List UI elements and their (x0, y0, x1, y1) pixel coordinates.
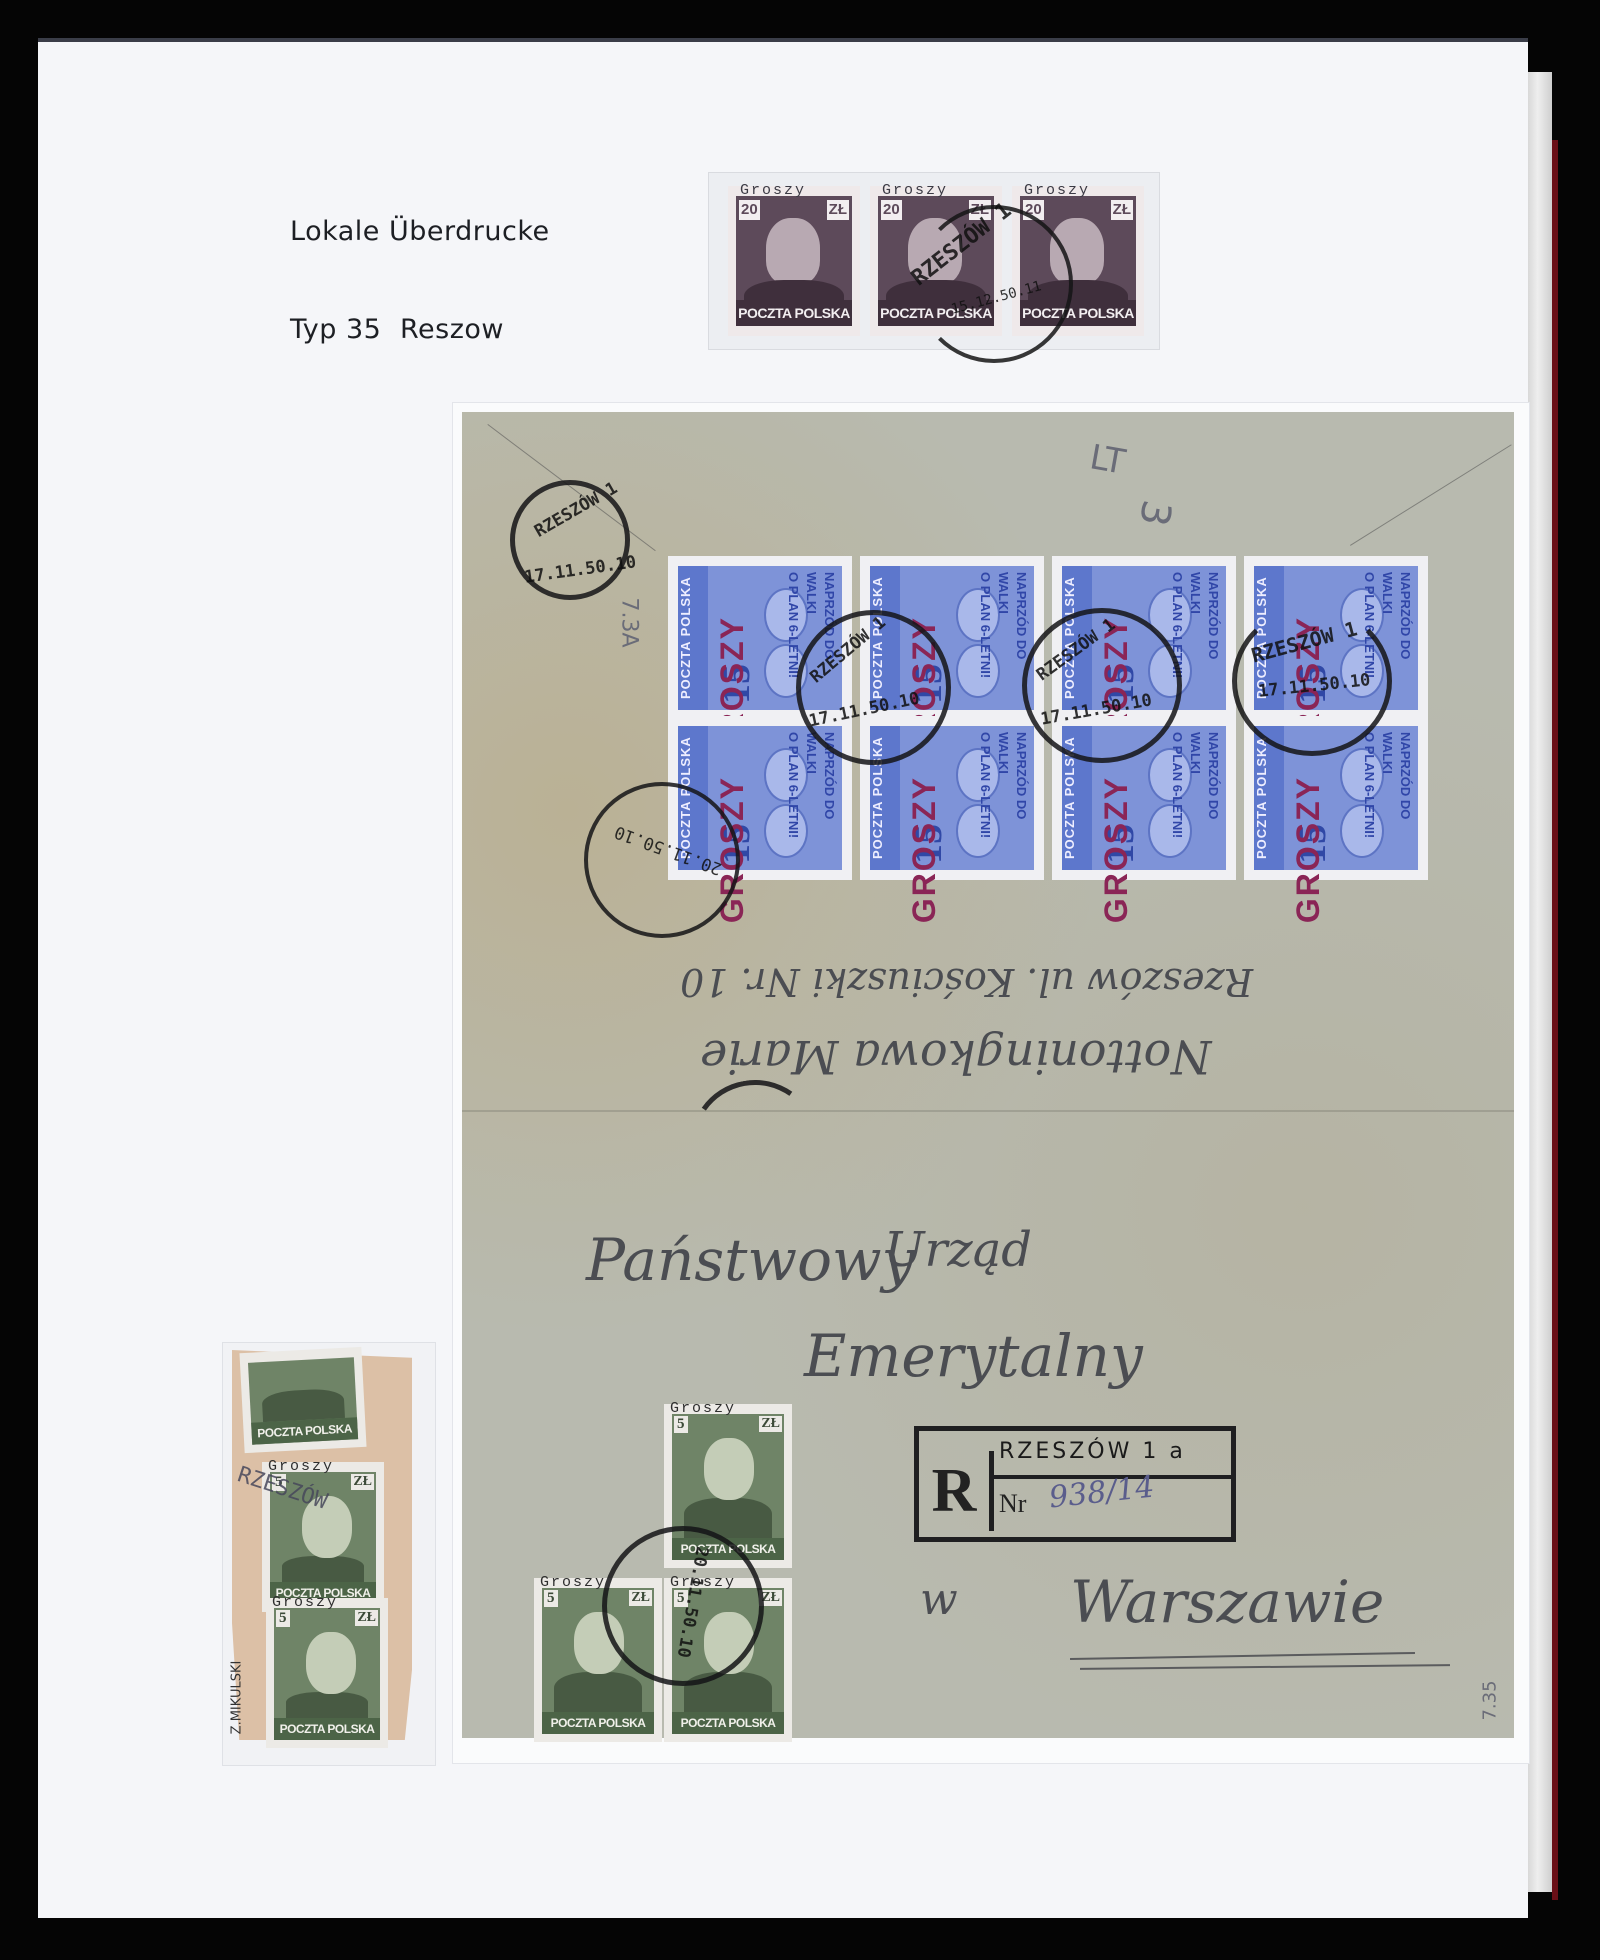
overprint: GROSZY (906, 776, 943, 923)
stamp-country: POCZTA POLSKA (251, 1417, 358, 1445)
registration-label: R RZESZÓW 1 a Nr 938/14 (914, 1426, 1236, 1542)
stamp-country: POCZTA POLSKA (736, 300, 852, 326)
stamp-20zl: 20ZŁPOCZTA POLSKAGroszy (728, 186, 860, 336)
portrait (306, 1632, 356, 1694)
page-heading: Lokale Überdrucke (290, 216, 550, 247)
overprint: Groszy (882, 182, 948, 199)
stamp-country: POCZTA POLSKA (678, 566, 708, 710)
slogan-line-2: O PLAN 6-LETNI! (1362, 732, 1377, 838)
sender-line-1: Nottoningkowa Marie (700, 1030, 1211, 1084)
place-label: Reszow (400, 314, 504, 345)
address-line-3: Emerytalny (804, 1322, 1143, 1390)
cover-fold (462, 1110, 1514, 1112)
stamp-slogan: NAPRZÓD DO WALKIO PLAN 6-LETNI! (986, 572, 1030, 680)
slogan-line-2: O PLAN 6-LETNI! (1170, 732, 1185, 838)
stamp-value: 5 (544, 1590, 558, 1607)
portrait-body (262, 1388, 345, 1422)
stamp-value: 20 (881, 200, 902, 220)
pencil-note: 7.3A (617, 597, 642, 647)
slogan-line-1: NAPRZÓD DO WALKI (996, 732, 1029, 819)
stamp-value: 20 (739, 200, 760, 220)
slogan-line-1: NAPRZÓD DO WALKI (1188, 572, 1221, 659)
overprint: Groszy (272, 1594, 338, 1611)
address-line-5: Warszawie (1070, 1568, 1384, 1636)
slogan-line-1: NAPRZÓD DO WALKI (1188, 732, 1221, 819)
portrait-body (286, 1692, 368, 1718)
overprint: GROSZY (1290, 776, 1327, 923)
stamp-design: POCZTA POLSKA (248, 1357, 358, 1444)
album-binding (1552, 140, 1558, 1900)
page-stack-edge (1528, 72, 1552, 1892)
stamp-value: 5 (276, 1610, 290, 1627)
stamp-country: POCZTA POLSKA (672, 1712, 784, 1734)
address-line-4: w (920, 1574, 958, 1625)
stamp-currency: ZŁ (759, 1416, 782, 1432)
stamp-slogan: NAPRZÓD DO WALKIO PLAN 6-LETNI! (1370, 732, 1414, 840)
expert-signature: Z.MIKULSKI (229, 1661, 244, 1735)
slogan-line-2: O PLAN 6-LETNI! (978, 572, 993, 678)
portrait-body (554, 1672, 642, 1712)
portrait (704, 1438, 754, 1500)
type-label: Typ 35 (290, 314, 381, 345)
stamp-currency: ZŁ (827, 200, 849, 220)
stamp-value: 5 (674, 1416, 688, 1433)
stamp-currency: ZŁ (351, 1474, 374, 1490)
overprint: Groszy (1024, 182, 1090, 199)
stamp-currency: ZŁ (355, 1610, 378, 1626)
catalog-note: 7.35 (1480, 1680, 1501, 1720)
stamp-slogan: NAPRZÓD DO WALKIO PLAN 6-LETNI! (1178, 732, 1222, 840)
stamp-country: POCZTA POLSKA (542, 1712, 654, 1734)
overprint: Groszy (740, 182, 806, 199)
overprint: Groszy (268, 1458, 334, 1475)
registration-office: RZESZÓW 1 a (999, 1439, 1186, 1464)
registration-nr-label: Nr (999, 1489, 1026, 1519)
registration-letter: R (919, 1451, 994, 1531)
stamp-currency: ZŁ (1111, 200, 1133, 220)
slogan-line-2: O PLAN 6-LETNI! (978, 732, 993, 838)
slogan-line-1: NAPRZÓD DO WALKI (1380, 572, 1413, 659)
slogan-line-2: O PLAN 6-LETNI! (786, 572, 801, 678)
overprint: Groszy (540, 1574, 606, 1591)
address-line-1: Państwowy (586, 1226, 914, 1294)
stamp-5zl: 5ZŁPOCZTA POLSKAGroszy (266, 1598, 388, 1748)
stamp-slogan: NAPRZÓD DO WALKIO PLAN 6-LETNI! (1178, 572, 1222, 680)
address-line-2: Urząd (884, 1222, 1032, 1278)
stamp-design: 20ZŁPOCZTA POLSKA (736, 196, 852, 326)
slogan-line-1: NAPRZÓD DO WALKI (996, 572, 1029, 659)
stamp-design: 5ZŁPOCZTA POLSKA (274, 1608, 380, 1740)
portrait (766, 218, 820, 284)
portrait-body (282, 1556, 364, 1582)
overprint: Groszy (670, 1400, 736, 1417)
stamp-country: POCZTA POLSKA (274, 1718, 380, 1740)
sender-line-2: Rzeszów ul. Kościuszki Nr. 10 (680, 960, 1253, 1004)
pencil-note: LT (1087, 437, 1128, 482)
slogan-line-1: NAPRZÓD DO WALKI (1380, 732, 1413, 819)
stamp-slogan: NAPRZÓD DO WALKIO PLAN 6-LETNI! (986, 732, 1030, 840)
overprint: GROSZY (1098, 776, 1135, 923)
slogan-line-2: O PLAN 6-LETNI! (786, 732, 801, 838)
stamp-5zl: POCZTA POLSKA (239, 1347, 366, 1453)
